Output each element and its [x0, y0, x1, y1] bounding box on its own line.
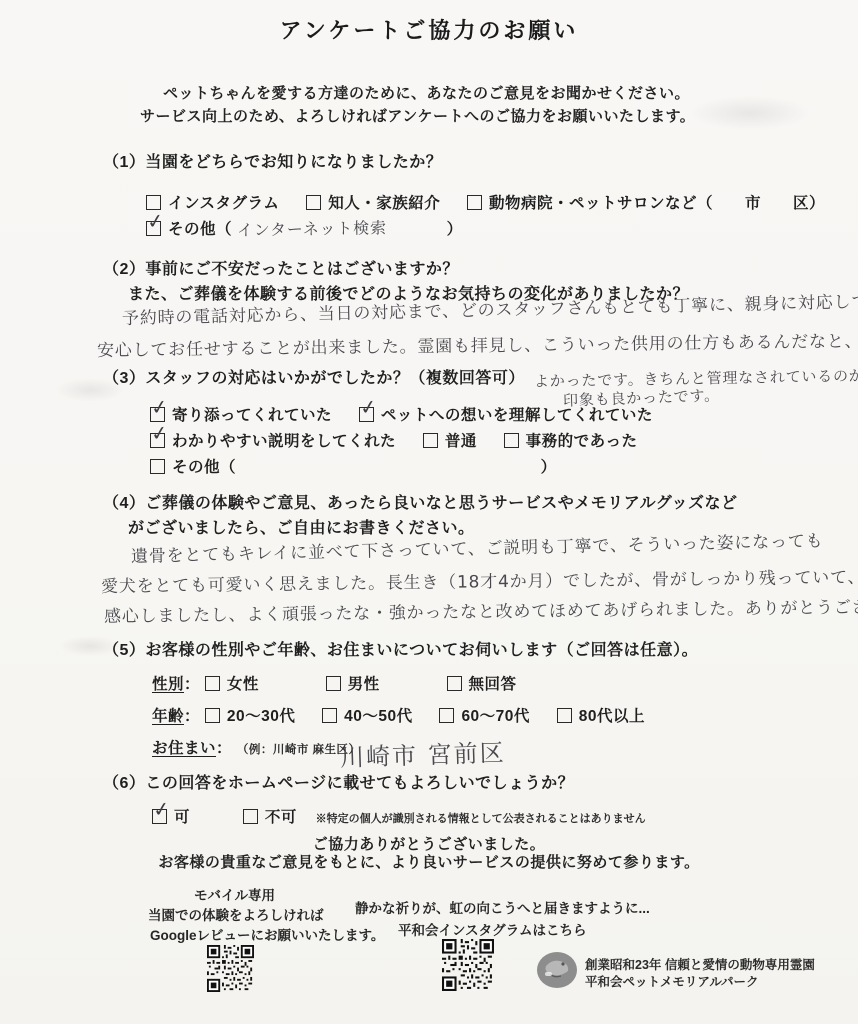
- checkbox-icon: ✓: [504, 433, 519, 448]
- q1-option-referral: ✓知人・家族紹介: [306, 195, 440, 212]
- scan-artifact: [690, 96, 810, 130]
- q5-heading: （5）お客様の性別やご年齢、お住まいについてお伺いします（ご回答は任意）。: [103, 637, 698, 660]
- checkbox-checked-icon: ✓: [359, 407, 374, 422]
- checkbox-icon: ✓: [205, 676, 220, 691]
- q3-options-row-3: ✓その他（ ）: [150, 455, 557, 477]
- q3-option-other: ✓その他（: [150, 459, 236, 476]
- checkbox-icon: ✓: [447, 676, 462, 691]
- footer-google-title: モバイル専用: [194, 884, 275, 904]
- q1-other-close-paren: ）: [447, 221, 463, 238]
- checkbox-icon: ✓: [439, 708, 454, 723]
- checkbox-icon: ✓: [322, 708, 337, 723]
- memorial-park-logo: [536, 950, 578, 990]
- q1-option-other: ✓その他（: [146, 221, 232, 238]
- footer-instagram-line-2: 平和会インスタグラムはこちら: [398, 919, 586, 939]
- q3-option-businesslike: ✓事務的であった: [504, 433, 638, 450]
- q5-age-20-30: ✓20～30代: [205, 708, 295, 725]
- q5-gender-row: 性別： ✓女性 ✓男性 ✓無回答: [152, 672, 517, 694]
- q4-heading-line-1: （4）ご葬儀の体験やご意見、あったら良いなと思うサービスやメモリアルグッズなど: [103, 490, 737, 513]
- footer-google-line-2: Googleレビューにお願いいたします。: [150, 924, 384, 944]
- checkbox-checked-icon: ✓: [152, 809, 167, 824]
- q5-age-label: 年齢: [152, 708, 184, 725]
- footer-instagram-line-1: 静かな祈りが、虹の向こうへと届きますように...: [355, 897, 650, 917]
- qr-code-instagram: [442, 939, 494, 991]
- q5-gender-female: ✓女性: [205, 676, 259, 693]
- q4-handwritten-line-2: 愛犬をとても可愛いく思えました。長生き（18才4か月）でしたが、骨がしっかり残っ…: [101, 563, 858, 597]
- q1-option-instagram: ✓インスタグラム: [146, 195, 279, 212]
- checkbox-icon: ✓: [557, 708, 572, 723]
- intro-line-1: ペットちゃんを愛する方達のために、あなたのご意見をお聞かせください。: [163, 82, 690, 103]
- check-mark-icon: ✓: [150, 422, 170, 444]
- footer-google-line-1: 当園での体験をよろしければ: [148, 904, 324, 924]
- brand-line-1: 創業昭和23年 信頼と愛情の動物専用霊園: [585, 955, 815, 973]
- q3-option-understood-feelings: ✓ペットへの想いを理解してくれていた: [359, 407, 653, 424]
- q6-option-deny: ✓不可: [243, 809, 297, 826]
- q1-heading: （1）当園をどちらでお知りになりましたか？: [103, 149, 442, 172]
- q3-options-row-1: ✓寄り添ってくれていた ✓ペットへの想いを理解してくれていた: [150, 403, 675, 425]
- checkbox-icon: ✓: [467, 195, 482, 210]
- q3-option-clear-explanation: ✓わかりやすい説明をしてくれた: [150, 433, 396, 450]
- q2-handwritten-line-2: 安心してお任せすることが出来ました。霊園も拝見し、こういった供用の仕方もあるんだ…: [97, 326, 858, 361]
- q1-options-row-2: ✓その他（ インターネット検索 ）: [146, 216, 463, 239]
- check-mark-icon: ✓: [146, 210, 166, 232]
- qr-code-google-review: [207, 945, 254, 992]
- q5-age-40-50: ✓40～50代: [322, 708, 412, 725]
- checkbox-icon: ✓: [243, 809, 258, 824]
- check-mark-icon: ✓: [150, 396, 170, 418]
- check-mark-icon: ✓: [152, 798, 172, 820]
- q2-heading-line-1: （2）事前にご不安だったことはございますか？: [103, 256, 459, 279]
- q6-option-allow: ✓可: [152, 809, 190, 826]
- brand-line-2: 平和会ペットメモリアルパーク: [585, 972, 759, 990]
- checkbox-checked-icon: ✓: [146, 221, 161, 236]
- q3-heading-row: （3）スタッフの対応はいかがでしたか？（複数回答可） よかったです。きちんと管理…: [103, 365, 858, 388]
- q3-options-row-2: ✓わかりやすい説明をしてくれた ✓普通 ✓事務的であった: [150, 429, 660, 451]
- q1-options-row-1: ✓インスタグラム ✓知人・家族紹介 ✓動物病院・ペットサロンなど（ 市 区）: [146, 191, 847, 213]
- q1-option-vet-salon: ✓動物病院・ペットサロンなど（ 市 区）: [467, 195, 825, 212]
- check-mark-icon: ✓: [359, 396, 379, 418]
- q5-age-80plus: ✓80代以上: [557, 708, 645, 725]
- q5-residence-label: お住まい: [152, 740, 216, 757]
- scanned-survey-sheet: アンケートご協力のお願い ペットちゃんを愛する方達のために、あなたのご意見をお聞…: [0, 0, 858, 1024]
- q6-options-row: ✓可 ✓不可 ※特定の個人が識別される情報として公表されることはありません: [152, 805, 646, 827]
- q3-option-compassionate: ✓寄り添ってくれていた: [150, 407, 332, 424]
- closing-line-2: お客様の貴重なご意見をもとに、より良いサービスの提供に努めて参ります。: [0, 851, 858, 872]
- q1-other-handwritten-answer: インターネット検索: [237, 214, 442, 241]
- q5-gender-male: ✓男性: [326, 676, 380, 693]
- q4-handwritten-line-3: 感心しましたし、よく頑張ったな・強かったなと改めてほめてあげられました。ありがと…: [104, 592, 858, 627]
- checkbox-icon: ✓: [326, 676, 341, 691]
- checkbox-icon: ✓: [205, 708, 220, 723]
- q6-heading: （6）この回答をホームページに載せてもよろしいでしょうか？: [103, 770, 574, 793]
- q5-age-row: 年齢： ✓20～30代 ✓40～50代 ✓60～70代 ✓80代以上: [152, 704, 645, 726]
- checkbox-icon: ✓: [150, 459, 165, 474]
- q5-residence-row: お住まい： （例：川崎市 麻生区）: [152, 736, 361, 758]
- q6-privacy-note: ※特定の個人が識別される情報として公表されることはありません: [316, 813, 646, 825]
- checkbox-icon: ✓: [423, 433, 438, 448]
- q3-heading: （3）スタッフの対応はいかがでしたか？（複数回答可）: [103, 370, 525, 387]
- q3-other-close-paren: ）: [541, 459, 557, 476]
- checkbox-icon: ✓: [306, 195, 321, 210]
- q5-gender-noanswer: ✓無回答: [447, 676, 517, 693]
- page-title: アンケートご協力のお願い: [0, 14, 858, 45]
- q5-age-60-70: ✓60～70代: [439, 708, 529, 725]
- q3-option-normal: ✓普通: [423, 433, 477, 450]
- q5-residence-handwritten-answer: 川崎市 宮前区: [339, 733, 506, 773]
- intro-line-2: サービス向上のため、よろしければアンケートへのご協力をお願いいたします。: [140, 105, 695, 126]
- q5-gender-label: 性別: [152, 676, 184, 693]
- checkbox-checked-icon: ✓: [150, 433, 165, 448]
